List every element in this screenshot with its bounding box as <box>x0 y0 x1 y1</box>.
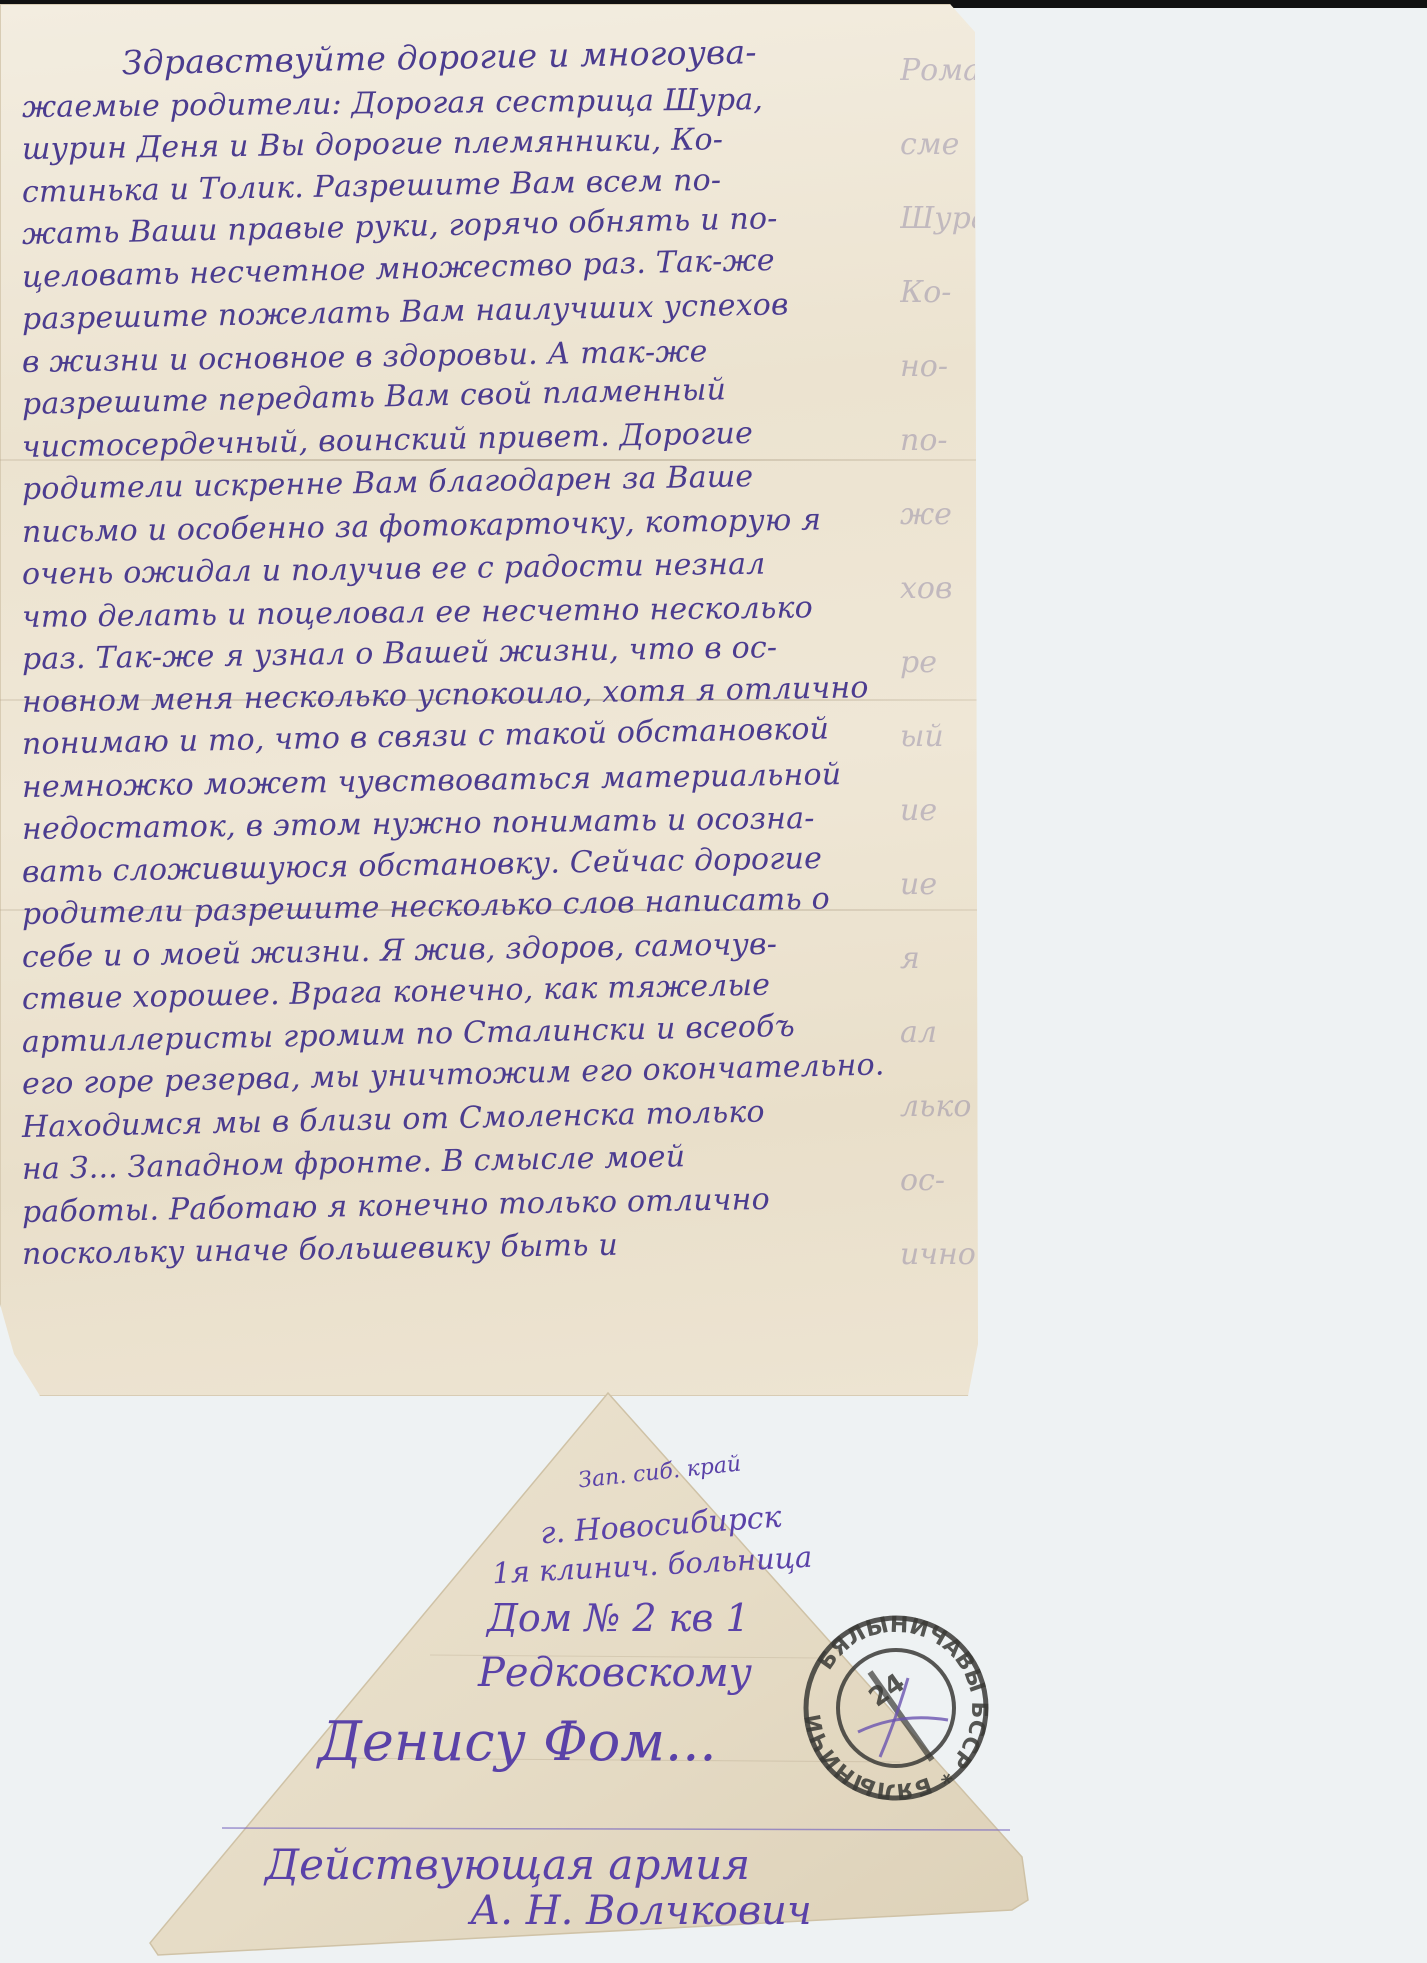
sender-unit: Действующая армия <box>265 1840 750 1889</box>
postmark-stamp: БЯЛЫНИЧАВЫ БССР * БЯЛЫНИЧИ * 24 <box>800 1612 992 1804</box>
envelope-address-line: Зап. сиб. край <box>577 1452 742 1494</box>
letter-body: Здравствуйте дорогие и многоува-жаемые р… <box>22 44 982 1277</box>
envelope-address-line: Дом № 2 кв 1 <box>487 1596 750 1640</box>
recipient-name: Денису Фом... <box>318 1710 717 1773</box>
envelope-address-line: 1я клинич. больница <box>491 1540 813 1591</box>
sender-name: А. Н. Волчкович <box>470 1888 812 1934</box>
letter-sheet: РомашовсмеШура,Ко-но-по-жеховреыйиеиеяал… <box>0 4 1000 1396</box>
recipient-surname: Редковскому <box>478 1650 752 1696</box>
